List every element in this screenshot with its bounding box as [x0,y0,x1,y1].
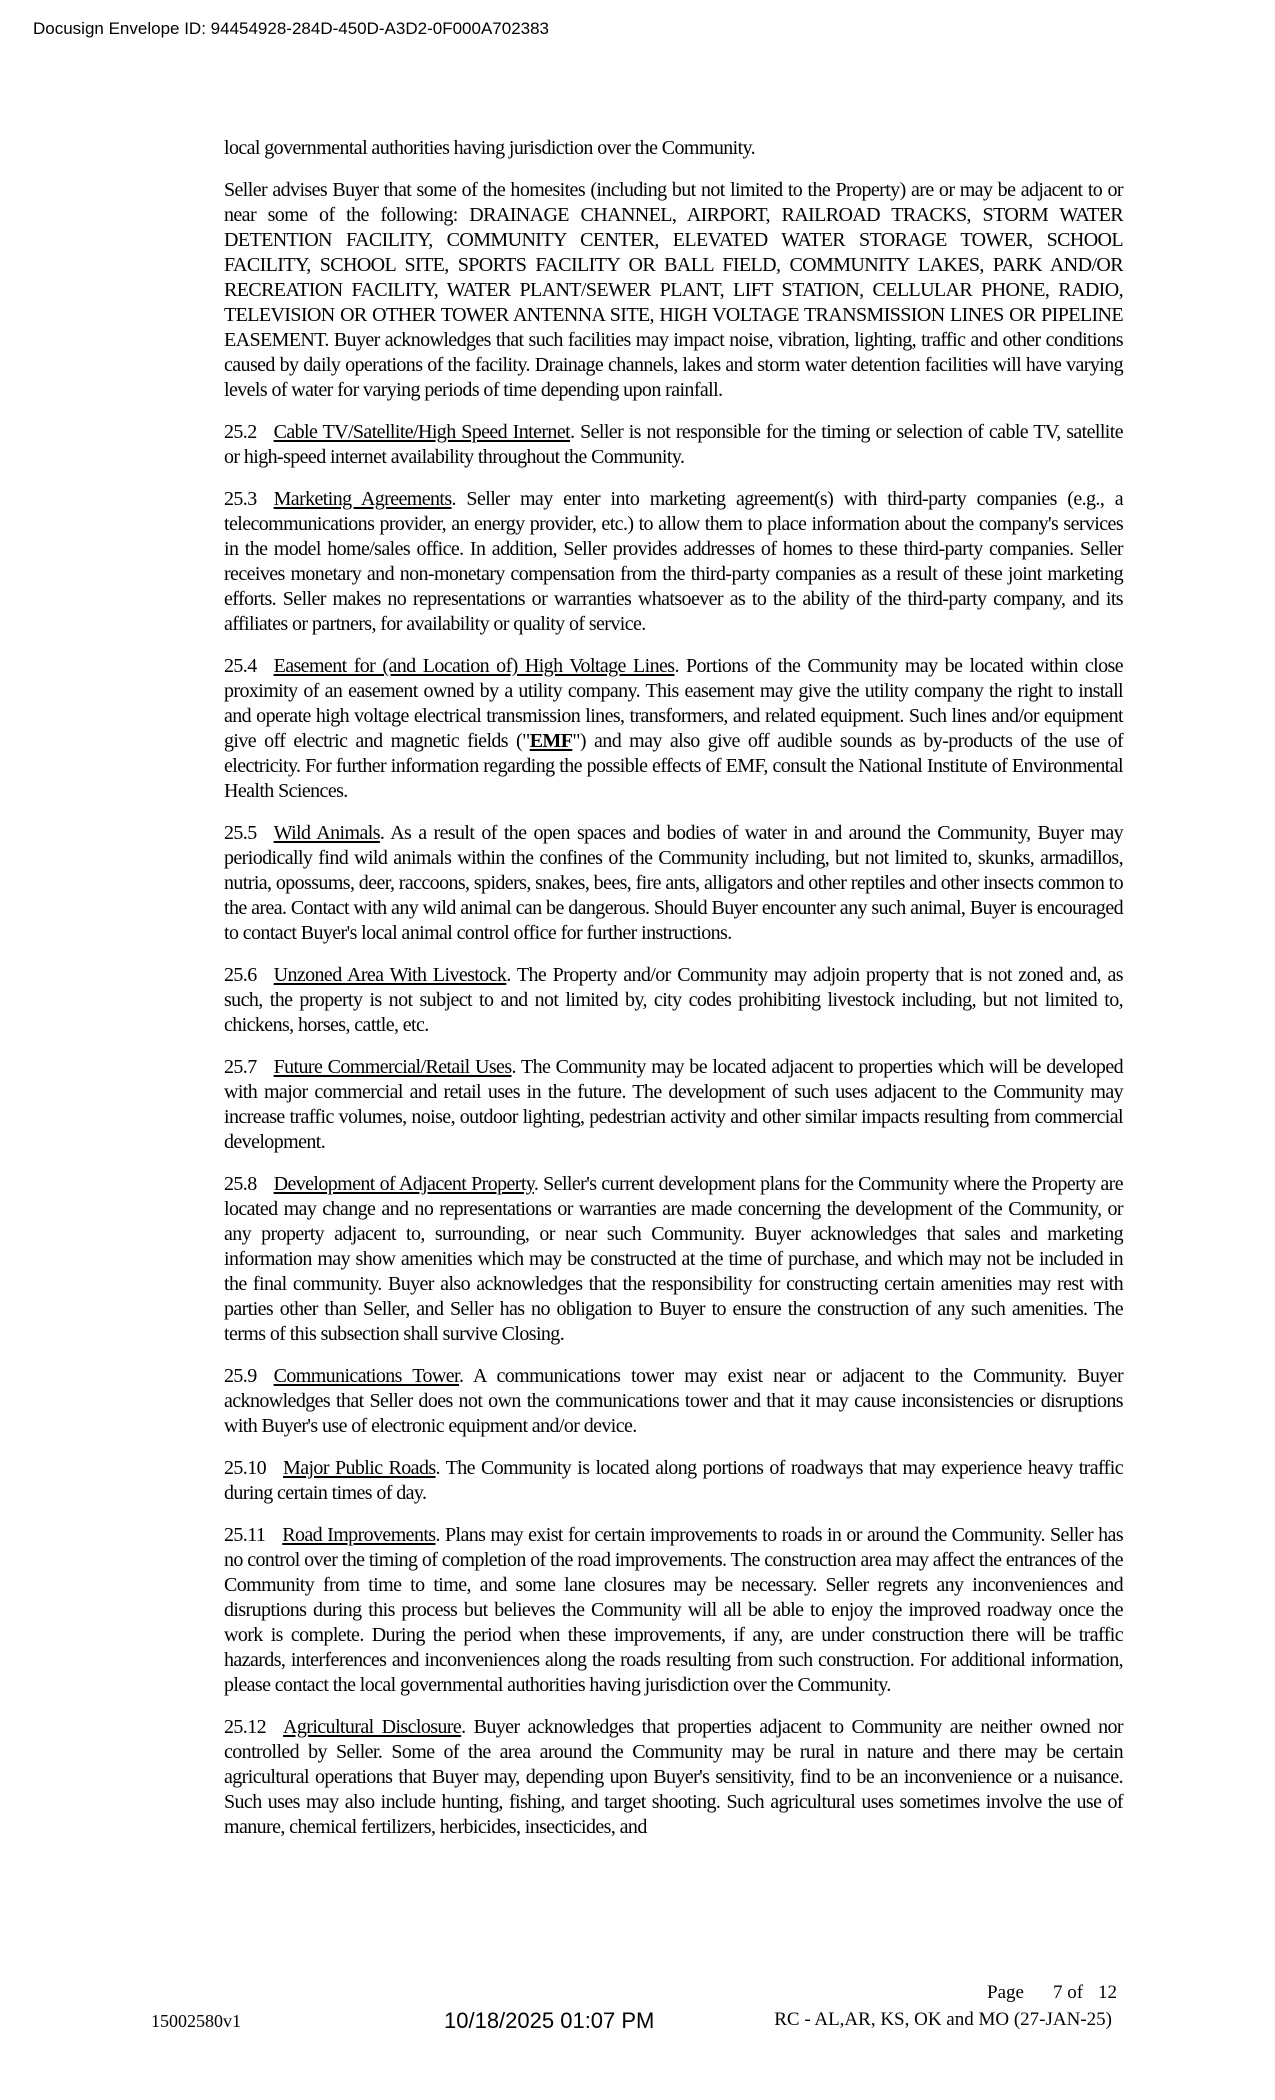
section-number: 25.12 [224,1716,266,1738]
section-25-2: 25.2Cable TV/Satellite/High Speed Intern… [224,420,1123,470]
section-number: 25.8 [224,1173,257,1195]
section-number: 25.3 [224,488,257,510]
section-heading: Wild Animals [274,822,380,844]
section-number: 25.6 [224,964,257,986]
section-heading: Cable TV/Satellite/High Speed Internet [274,421,570,443]
section-number: 25.5 [224,822,257,844]
section-number: 25.10 [224,1457,266,1479]
datetime-stamp: 10/18/2025 01:07 PM [444,2008,654,2034]
section-25-6: 25.6Unzoned Area With Livestock. The Pro… [224,963,1123,1038]
section-heading: Easement for (and Location of) High Volt… [274,655,675,677]
paragraph-homesites-notice: Seller advises Buyer that some of the ho… [224,178,1123,403]
section-heading: Agricultural Disclosure [283,1716,461,1738]
section-25-4: 25.4Easement for (and Location of) High … [224,654,1123,804]
document-page: Docusign Envelope ID: 94454928-284D-450D… [0,0,1275,2100]
form-code: RC - AL,AR, KS, OK and MO (27-JAN-25) [774,2009,1112,2031]
section-25-12: 25.12Agricultural Disclosure. Buyer ackn… [224,1715,1123,1840]
section-heading: Major Public Roads [283,1457,436,1479]
section-heading: Future Commercial/Retail Uses [274,1056,512,1078]
section-heading: Development of Adjacent Property [274,1173,534,1195]
section-25-9: 25.9Communications Tower. A communicatio… [224,1364,1123,1439]
section-25-5: 25.5Wild Animals. As a result of the ope… [224,821,1123,946]
page-label: Page [987,1982,1024,2003]
document-body: local governmental authorities having ju… [224,136,1123,1857]
section-heading: Communications Tower [274,1365,459,1387]
page-total: 12 [1098,1982,1117,2003]
section-25-3: 25.3Marketing Agreements. Seller may ent… [224,487,1123,637]
section-25-7: 25.7Future Commercial/Retail Uses. The C… [224,1055,1123,1155]
page-current: 7 of [1053,1982,1083,2003]
section-25-11: 25.11Road Improvements. Plans may exist … [224,1523,1123,1698]
section-heading: Marketing Agreements [274,488,452,510]
section-number: 25.7 [224,1056,257,1078]
paragraph-continuation: local governmental authorities having ju… [224,136,1123,161]
section-body: . Plans may exist for certain improvemen… [224,1524,1123,1696]
docusign-envelope-id: Docusign Envelope ID: 94454928-284D-450D… [33,19,549,39]
section-heading: Unzoned Area With Livestock [274,964,507,986]
document-number: 15002580v1 [151,2011,241,2032]
section-body: . Seller may enter into marketing agreem… [224,488,1123,635]
section-number: 25.2 [224,421,257,443]
page-number-row: Page7 of12 [987,1982,1117,2004]
section-25-8: 25.8Development of Adjacent Property. Se… [224,1172,1123,1347]
section-number: 25.11 [224,1524,265,1546]
section-number: 25.4 [224,655,257,677]
section-number: 25.9 [224,1365,257,1387]
section-body: . Seller's current development plans for… [224,1173,1123,1345]
emf-term: EMF [530,730,573,752]
section-25-10: 25.10Major Public Roads. The Community i… [224,1456,1123,1506]
section-heading: Road Improvements [282,1524,435,1546]
